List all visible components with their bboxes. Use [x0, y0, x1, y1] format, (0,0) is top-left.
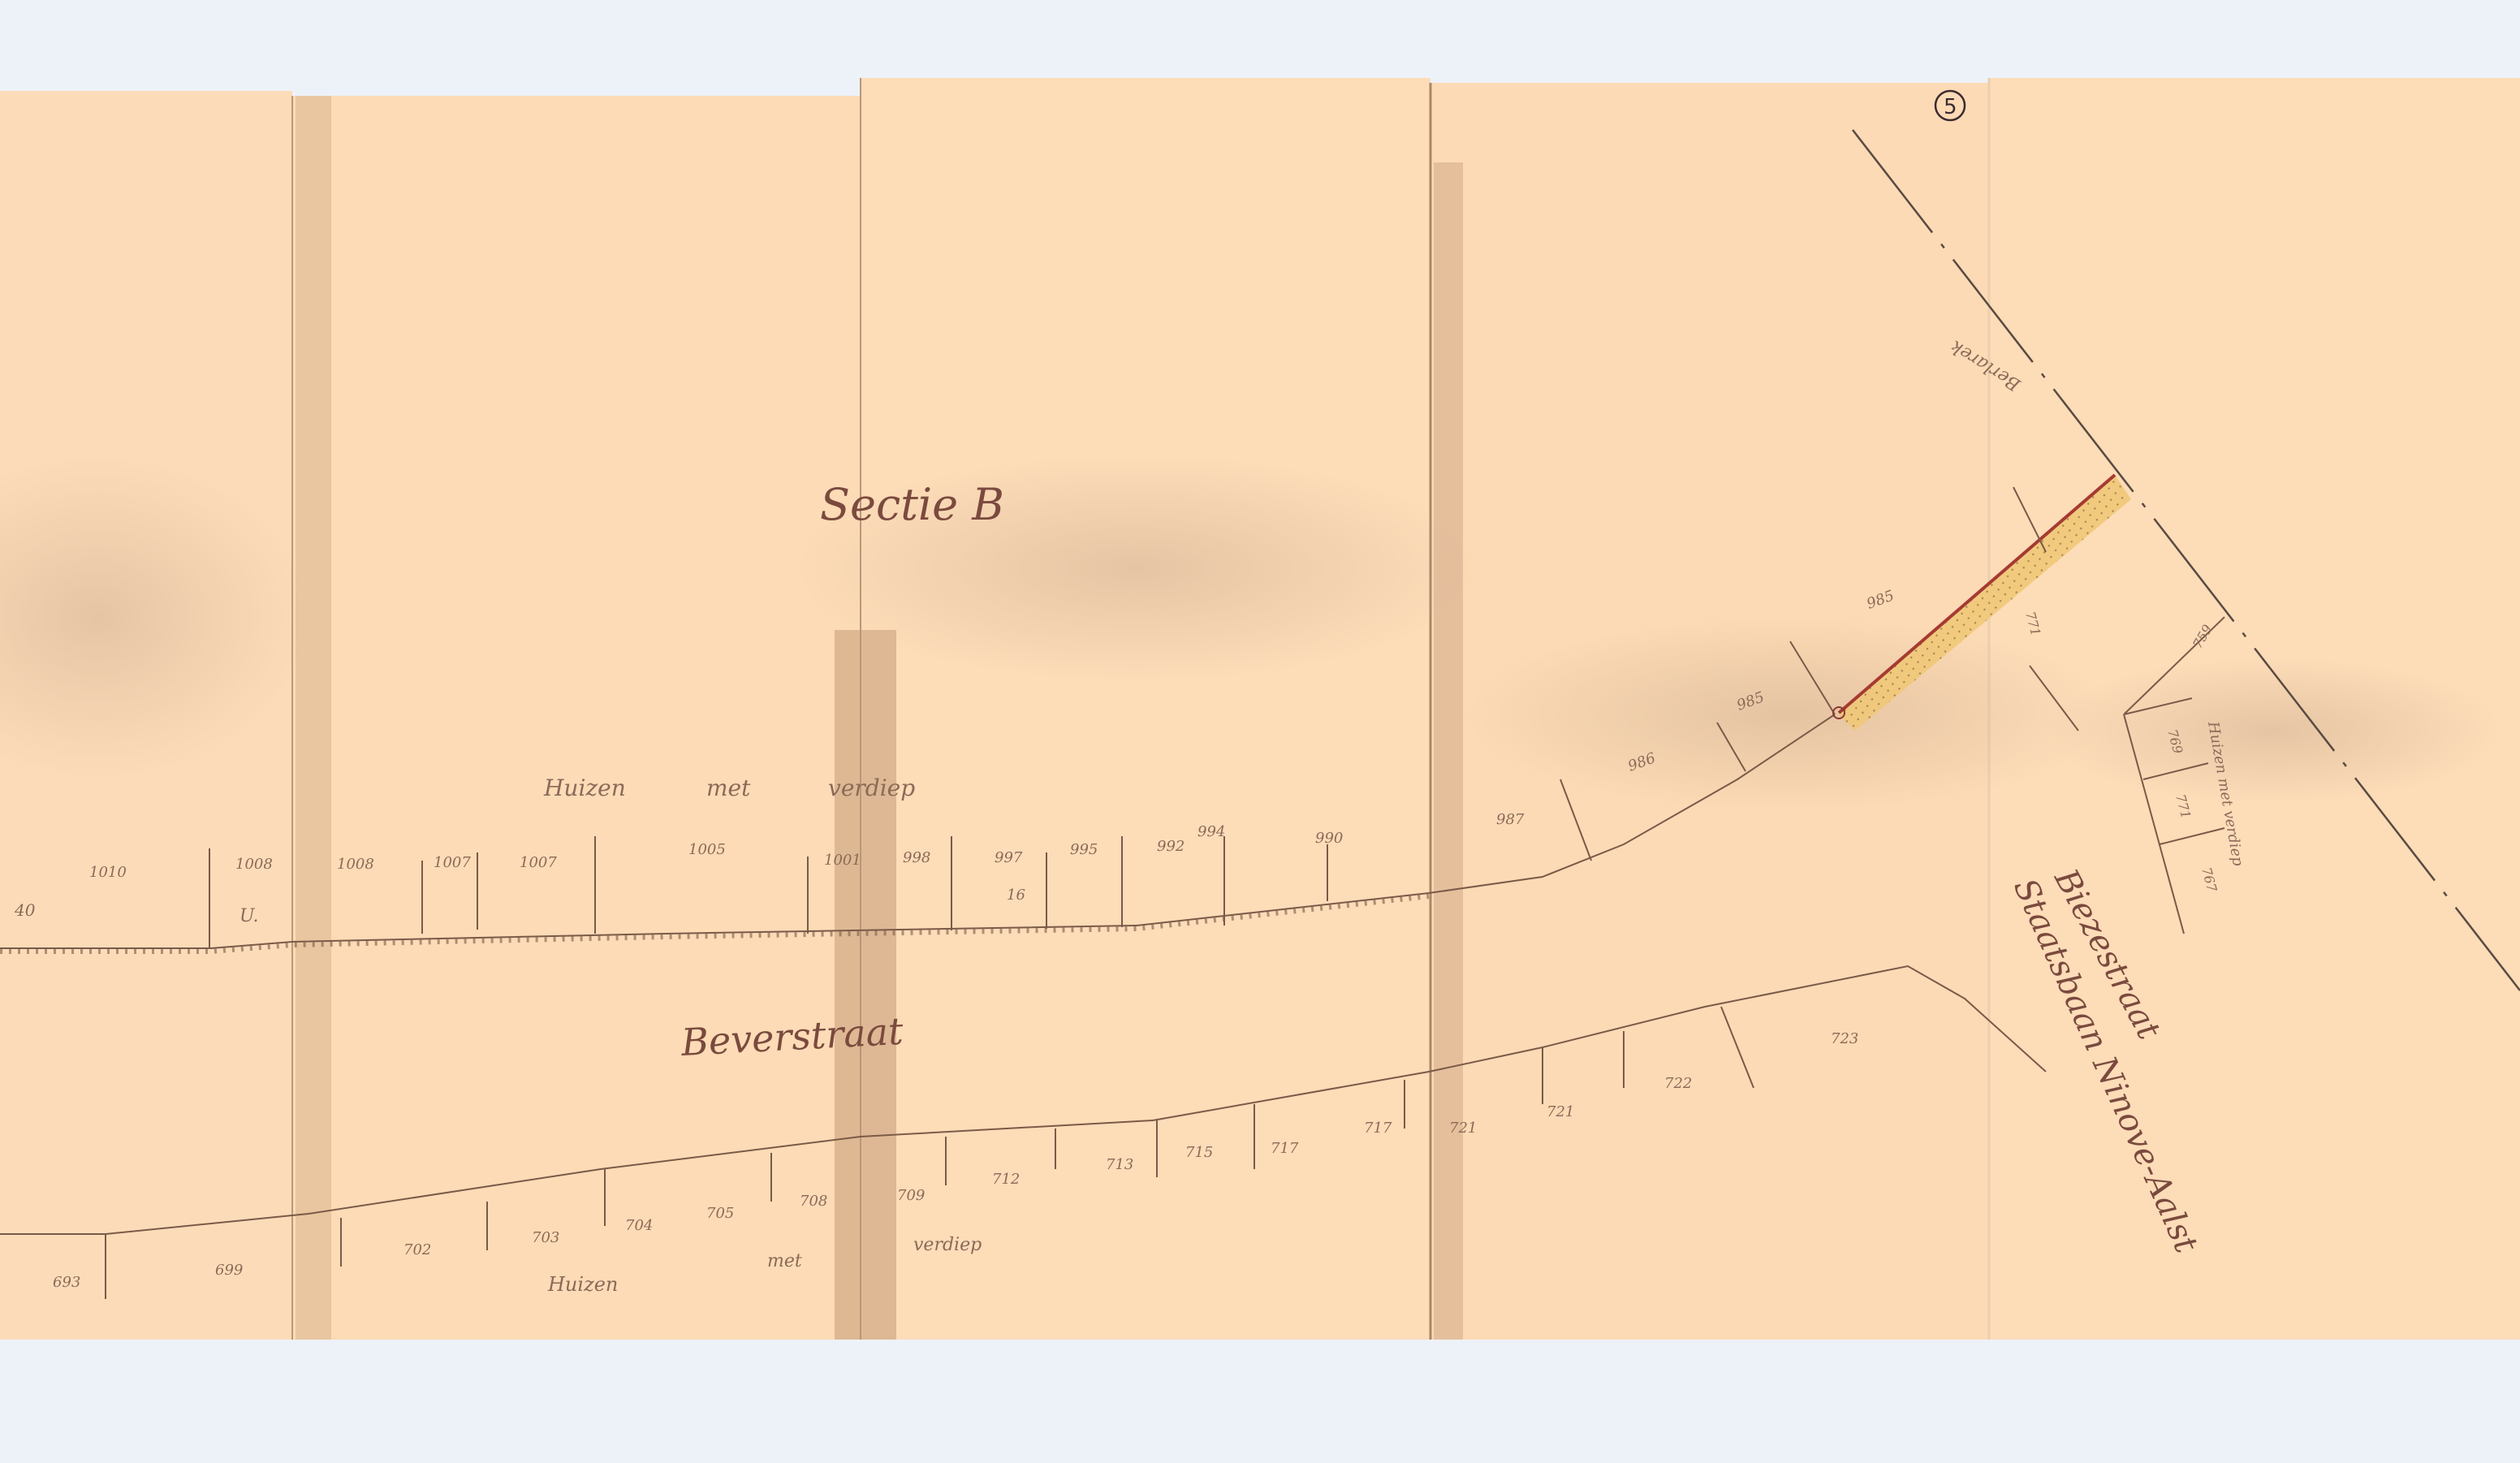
note-40: 40: [14, 900, 36, 920]
map-viewer: Sectie B 5 Beverstraat Biezestraat Staat…: [0, 0, 2520, 1463]
parcel-label: 723: [1831, 1030, 1858, 1047]
parcel-label: 1007: [434, 854, 471, 871]
parcel-label: 998: [903, 849, 930, 866]
parcel-label: 703: [532, 1229, 559, 1246]
parcel-label: 1007: [520, 854, 557, 871]
note-huizen-top: Huizen: [543, 775, 626, 801]
parcel-label: 702: [403, 1241, 431, 1258]
parcel-label: 995: [1070, 841, 1098, 858]
note-u: U.: [239, 906, 259, 926]
parcel-label: 992: [1157, 838, 1184, 855]
parcel-label: 713: [1106, 1156, 1133, 1173]
parcel-label: 708: [800, 1193, 827, 1210]
parcel-label: 997: [995, 849, 1023, 866]
parcel-label: 709: [897, 1187, 925, 1204]
parcel-label: 715: [1185, 1144, 1213, 1161]
parcel-label: 994: [1197, 823, 1225, 840]
sheet-number: 5: [1944, 95, 1957, 119]
parcel-label: 1008: [337, 856, 374, 873]
parcel-label: 699: [215, 1262, 243, 1279]
note-met-bottom: met: [767, 1251, 802, 1271]
parcel-label: 1001: [824, 852, 861, 869]
parcel-label: 721: [1449, 1120, 1477, 1137]
note-huizen-bottom: Huizen: [547, 1273, 618, 1296]
cadastral-map: Sectie B 5 Beverstraat Biezestraat Staat…: [0, 0, 2520, 1463]
note-16: 16: [1007, 887, 1025, 904]
note-verdiep-top: verdiep: [828, 775, 915, 801]
section-title: Sectie B: [820, 479, 1004, 530]
parcel-label: 1010: [89, 864, 127, 881]
parcel-label: 712: [992, 1171, 1020, 1188]
parcel-label: 693: [53, 1274, 80, 1291]
parcel-label: 717: [1271, 1140, 1299, 1157]
parcel-label: 1008: [235, 856, 273, 873]
parcel-label: 1005: [688, 841, 726, 858]
note-met-top: met: [706, 775, 751, 801]
parcel-label: 717: [1364, 1120, 1392, 1137]
note-verdiep-bottom: verdiep: [913, 1235, 982, 1255]
parcel-label: 722: [1664, 1075, 1692, 1092]
parcel-label: 990: [1315, 830, 1343, 847]
parcel-label: 705: [706, 1205, 734, 1222]
parcel-label: 987: [1496, 811, 1525, 828]
parcel-label: 704: [625, 1217, 653, 1234]
parcel-label: 721: [1547, 1103, 1574, 1120]
